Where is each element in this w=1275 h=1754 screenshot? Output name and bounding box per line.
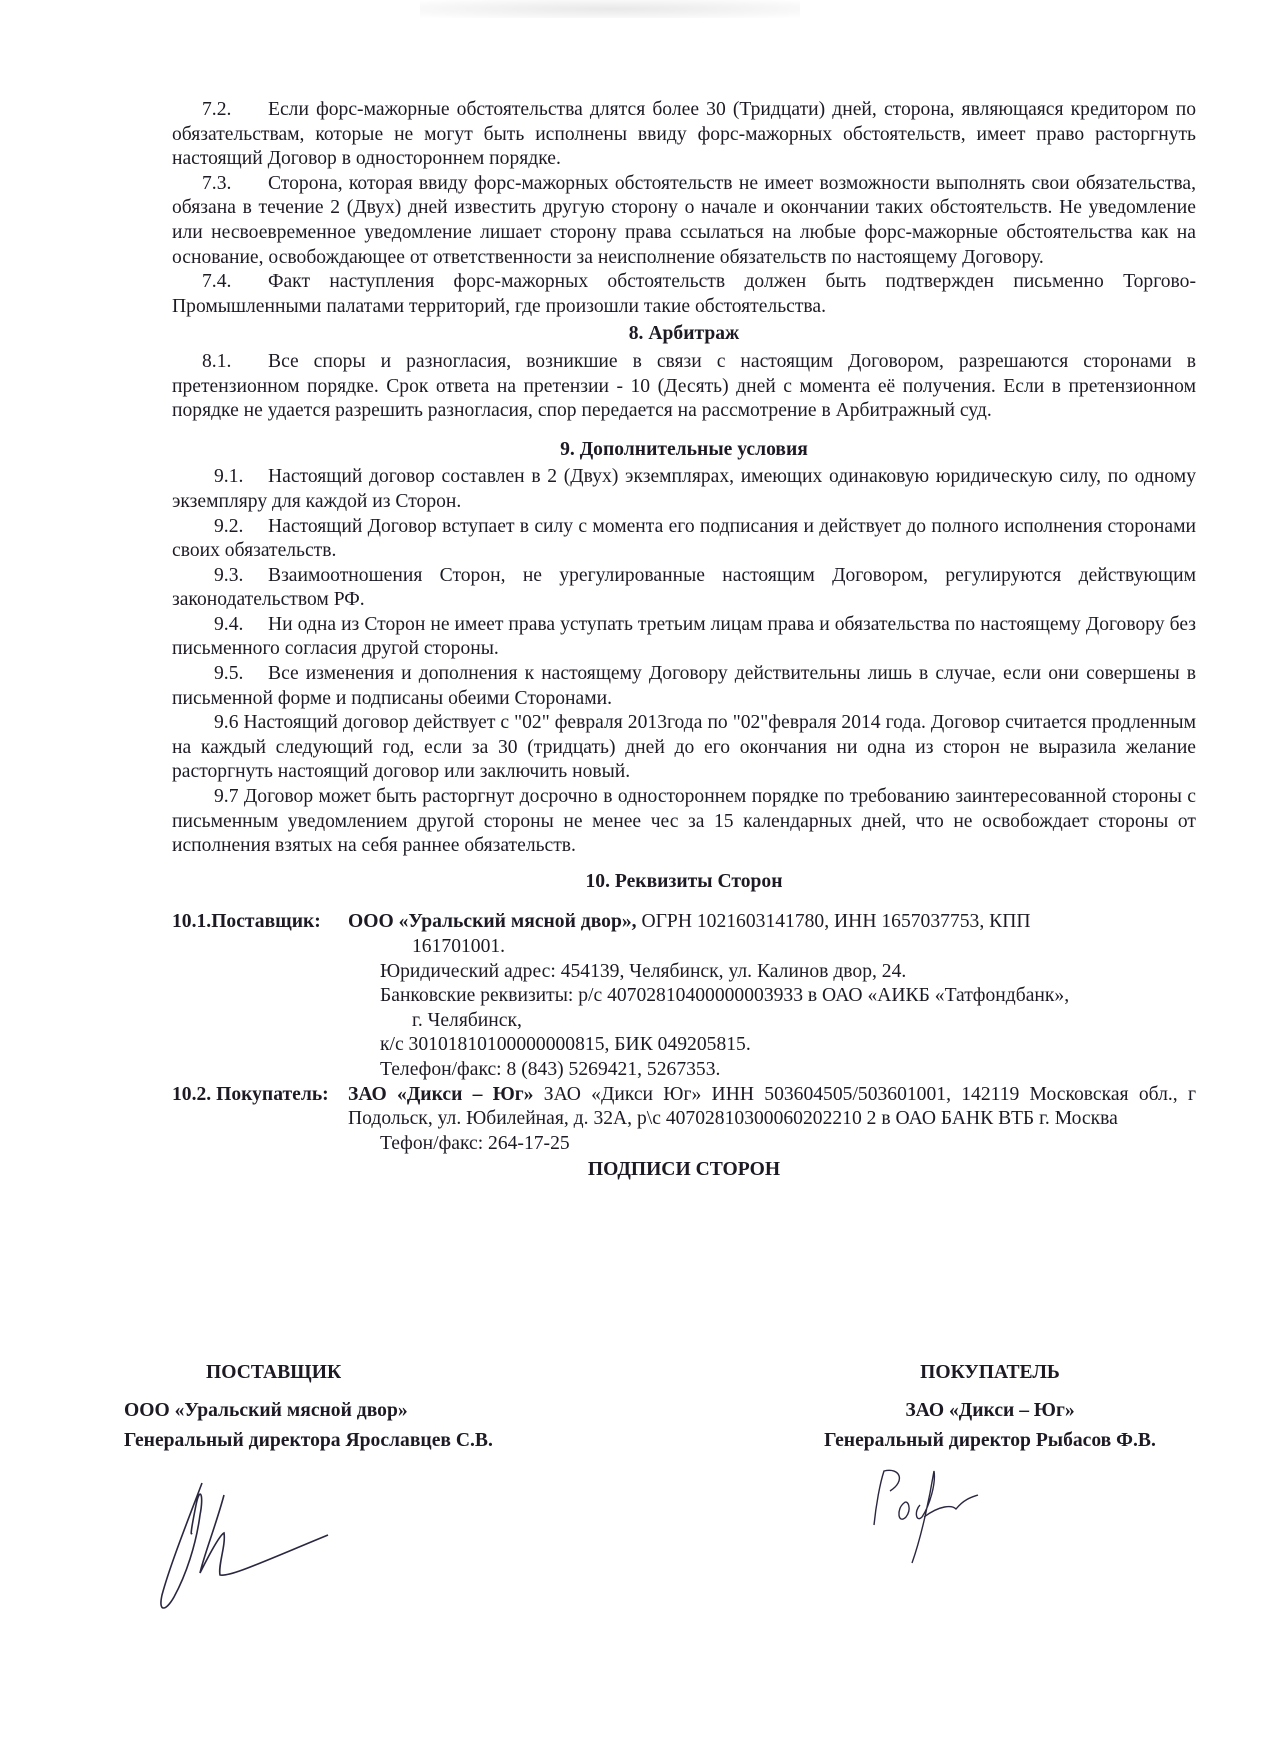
supplier-bank-city: г. Челябинск, (380, 1009, 1196, 1034)
clause-7-4: 7.4.Факт наступления форс-мажорных обсто… (172, 270, 1196, 319)
buyer-director: Генеральный директор Рыбасов Ф.В. (780, 1426, 1200, 1456)
supplier-phone: Телефон/факс: 8 (843) 5269421, 5267353. (380, 1058, 1196, 1083)
supplier-bank: Банковские реквизиты: р/с 40702810400000… (380, 984, 1196, 1009)
buyer-requisites: 10.2. Покупатель: ЗАО «Дикси – Юг» ЗАО «… (172, 1083, 1196, 1157)
supplier-ids: ОГРН 1021603141780, ИНН 1657037753, КПП (637, 911, 1031, 932)
supplier-org: ООО «Уральский мясной двор» (124, 1396, 604, 1426)
section-9-heading: 9. Дополнительные условия (172, 438, 1196, 463)
document-page: 7.2.Если форс-мажорные обстоятельства дл… (0, 0, 1275, 1754)
clause-9-2: 9.2.Настоящий Договор вступает в силу с … (172, 515, 1196, 564)
buyer-phone: Тефон/факс: 264-17-25 (380, 1132, 1196, 1157)
supplier-director: Генеральный директора Ярославцев С.В. (124, 1426, 604, 1456)
supplier-label: 10.1.Поставщик: (172, 910, 348, 935)
scan-artifact (420, 0, 800, 18)
supplier-requisites: 10.1.Поставщик: ООО «Уральский мясной дв… (172, 910, 1196, 1082)
clause-9-6: 9.6 Настоящий договор действует с "02" ф… (172, 711, 1196, 785)
supplier-name: ООО «Уральский мясной двор», (348, 911, 637, 932)
clause-9-5: 9.5.Все изменения и дополнения к настоящ… (172, 662, 1196, 711)
section-8-heading: 8. Арбитраж (172, 322, 1196, 347)
clause-9-4: 9.4.Ни одна из Сторон не имеет права уст… (172, 613, 1196, 662)
buyer-name: ЗАО «Дикси – Юг» (348, 1084, 533, 1105)
buyer-org: ЗАО «Дикси – Юг» (780, 1396, 1200, 1426)
contract-body: 7.2.Если форс-мажорные обстоятельства дл… (172, 98, 1196, 1183)
clause-9-1: 9.1.Настоящий договор составлен в 2 (Дву… (172, 465, 1196, 514)
supplier-corr-account: к/с 30101810100000000815, БИК 049205815. (380, 1033, 1196, 1058)
clause-9-3: 9.3.Взаимоотношения Сторон, не урегулиро… (172, 564, 1196, 613)
signatures-heading: ПОДПИСИ СТОРОН (172, 1158, 1196, 1183)
clause-7-3: 7.3.Сторона, которая ввиду форс-мажорных… (172, 172, 1196, 270)
section-10-heading: 10. Реквизиты Сторон (172, 870, 1196, 895)
supplier-signature-icon (140, 1475, 380, 1625)
buyer-label: 10.2. Покупатель: (172, 1083, 348, 1132)
supplier-address: Юридический адрес: 454139, Челябинск, ул… (380, 960, 1196, 985)
clause-9-7: 9.7 Договор может быть расторгнут досроч… (172, 785, 1196, 859)
buyer-signature-block: ПОКУПАТЕЛЬ ЗАО «Дикси – Юг» Генеральный … (780, 1362, 1200, 1456)
clause-7-2: 7.2.Если форс-мажорные обстоятельства дл… (172, 98, 1196, 172)
supplier-role: ПОСТАВЩИК (124, 1362, 604, 1384)
buyer-role: ПОКУПАТЕЛЬ (780, 1362, 1200, 1384)
supplier-signature-block: ПОСТАВЩИК ООО «Уральский мясной двор» Ге… (124, 1362, 604, 1456)
supplier-kpp-cont: 161701001. (380, 935, 1196, 960)
buyer-signature-icon (860, 1465, 1030, 1575)
clause-8-1: 8.1.Все споры и разногласия, возникшие в… (172, 350, 1196, 424)
